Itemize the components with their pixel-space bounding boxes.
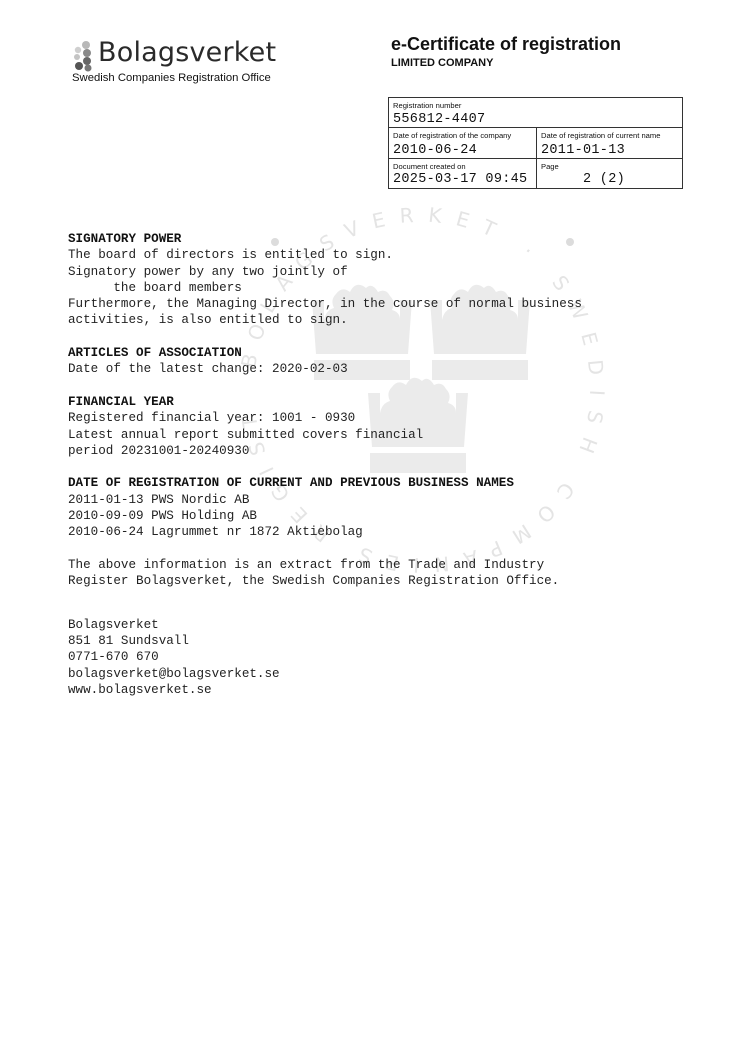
- contact-name: Bolagsverket: [68, 617, 582, 633]
- registration-number-cell: Registration number 556812-4407: [389, 98, 682, 128]
- business-name-entry: 2010-06-24 Lagrummet nr 1872 Aktiebolag: [68, 524, 582, 540]
- articles-heading: ARTICLES OF ASSOCIATION: [68, 345, 582, 361]
- registration-number-label: Registration number: [393, 101, 461, 110]
- document-created-cell: Document created on 2025-03-17 09:45: [389, 159, 537, 188]
- spacer: [68, 459, 582, 475]
- current-name-date-value: 2011-01-13: [541, 143, 625, 158]
- signatory-power-line: Furthermore, the Managing Director, in t…: [68, 296, 582, 312]
- spacer: [68, 590, 582, 606]
- bolagsverket-dots-logo-icon: [71, 40, 95, 72]
- registration-number-value: 556812-4407: [393, 112, 485, 127]
- signatory-power-line: Signatory power by any two jointly of: [68, 264, 582, 280]
- certificate-page: BOLAGSVERKET · SWEDISH COMPANIES REGISTR…: [0, 0, 748, 1056]
- signatory-power-line: the board members: [68, 280, 582, 296]
- signatory-power-line: The board of directors is entitled to si…: [68, 247, 582, 263]
- page-cell: Page 2 (2): [537, 159, 682, 188]
- financial-year-line: Registered financial year: 1001 - 0930: [68, 410, 582, 426]
- document-created-label: Document created on: [393, 162, 466, 171]
- business-name-entry: 2010-09-09 PWS Holding AB: [68, 508, 582, 524]
- disclaimer-line: The above information is an extract from…: [68, 557, 582, 573]
- business-name-entry: 2011-01-13 PWS Nordic AB: [68, 492, 582, 508]
- company-registration-date-cell: Date of registration of the company 2010…: [389, 128, 537, 159]
- document-created-value: 2025-03-17 09:45: [393, 172, 527, 187]
- spacer: [68, 329, 582, 345]
- company-registration-date-label: Date of registration of the company: [393, 131, 511, 140]
- financial-year-line: Latest annual report submitted covers fi…: [68, 427, 582, 443]
- financial-year-line: period 20231001-20240930: [68, 443, 582, 459]
- logo-subtitle: Swedish Companies Registration Office: [72, 72, 271, 84]
- contact-address: 851 81 Sundsvall: [68, 633, 582, 649]
- spacer: [68, 606, 582, 617]
- current-name-date-label: Date of registration of current name: [541, 131, 660, 140]
- company-registration-date-value: 2010-06-24: [393, 143, 477, 158]
- business-names-heading: DATE OF REGISTRATION OF CURRENT AND PREV…: [68, 475, 582, 491]
- financial-year-heading: FINANCIAL YEAR: [68, 394, 582, 410]
- contact-email: bolagsverket@bolagsverket.se: [68, 666, 582, 682]
- disclaimer-line: Register Bolagsverket, the Swedish Compa…: [68, 573, 582, 589]
- document-title: e-Certificate of registration: [391, 34, 621, 55]
- contact-phone: 0771-670 670: [68, 649, 582, 665]
- registration-info-table: Registration number 556812-4407 Date of …: [388, 97, 683, 189]
- signatory-power-line: activities, is also entitled to sign.: [68, 312, 582, 328]
- signatory-power-heading: SIGNATORY POWER: [68, 231, 582, 247]
- page-number-value: 2 (2): [583, 172, 625, 187]
- current-name-date-cell: Date of registration of current name 201…: [537, 128, 682, 159]
- logo-wordmark: Bolagsverket: [98, 36, 276, 70]
- articles-line: Date of the latest change: 2020-02-03: [68, 361, 582, 377]
- company-type: LIMITED COMPANY: [391, 57, 493, 69]
- page-label: Page: [541, 162, 559, 171]
- spacer: [68, 541, 582, 557]
- certificate-body: SIGNATORY POWER The board of directors i…: [68, 231, 582, 698]
- spacer: [68, 378, 582, 394]
- contact-website: www.bolagsverket.se: [68, 682, 582, 698]
